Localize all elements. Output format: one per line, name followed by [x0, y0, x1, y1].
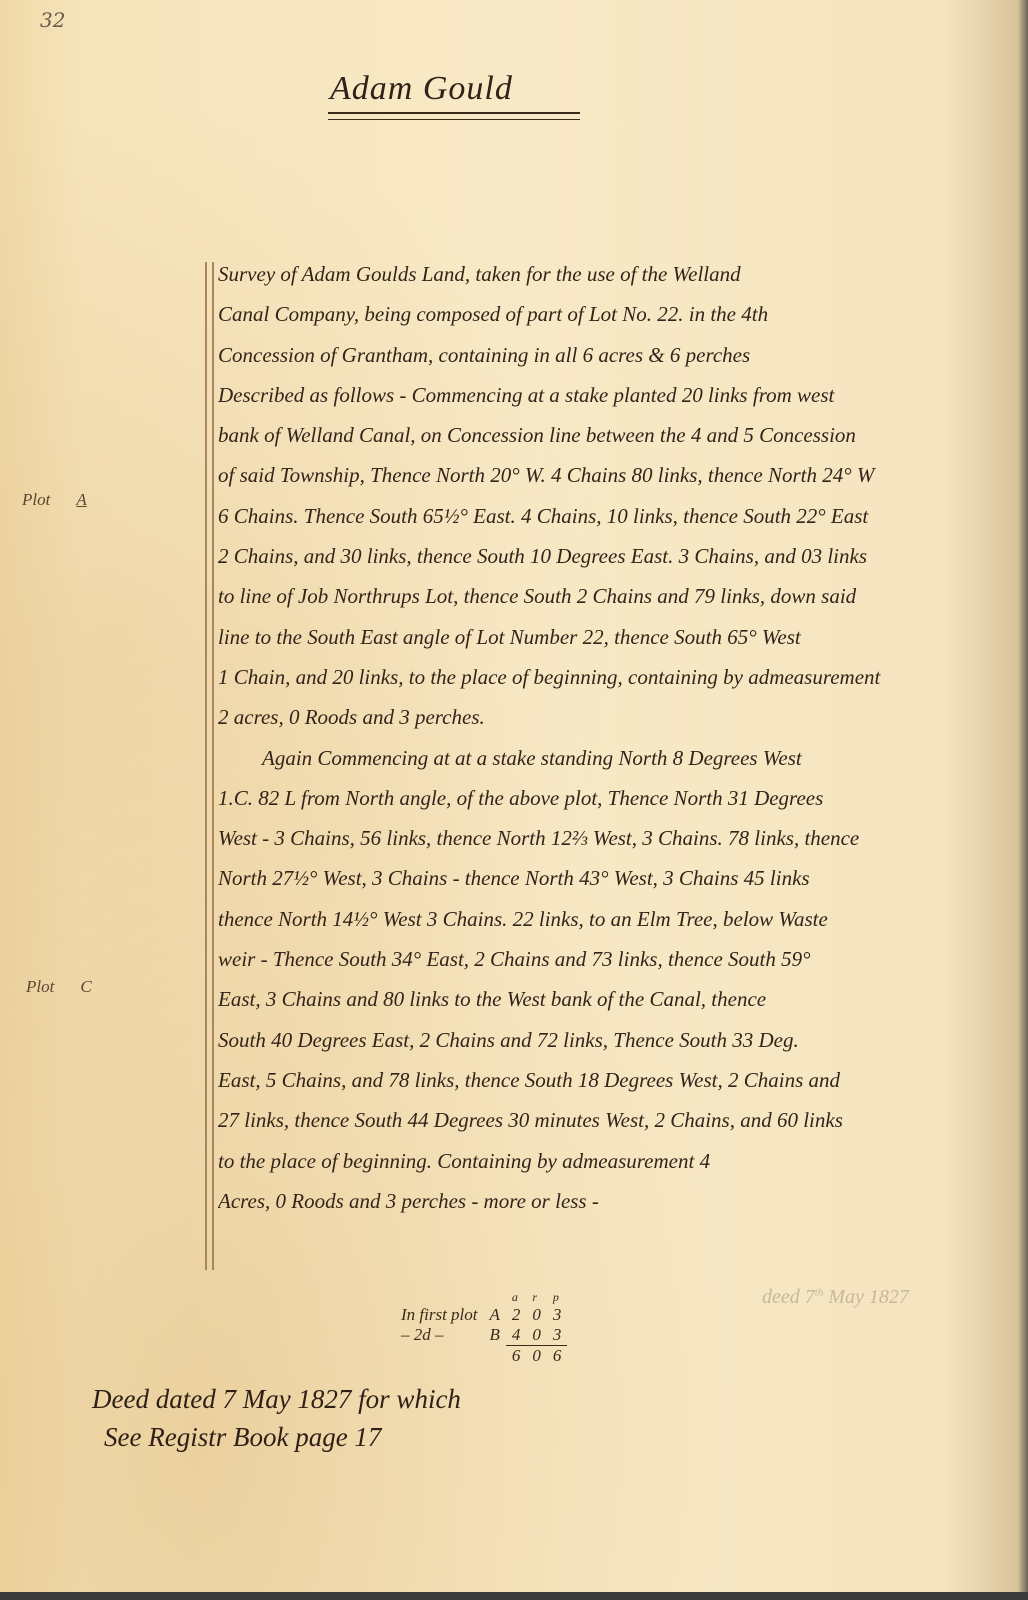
survey-description: Survey of Adam Goulds Land, taken for th…	[218, 254, 1008, 1221]
row-label: – 2d –	[395, 1325, 484, 1346]
page-title: Adam Gould	[330, 70, 513, 108]
header-acres: a	[506, 1290, 527, 1305]
text-line: to the place of beginning. Containing by…	[218, 1141, 1008, 1181]
margin-label-plot-a: PlotA	[22, 490, 87, 510]
margin-label-plot-c: PlotC	[26, 977, 92, 997]
deed-note-line-1: Deed dated 7 May 1827 for which	[92, 1380, 461, 1418]
title-double-underline	[328, 112, 580, 120]
row-plot: B	[484, 1325, 506, 1346]
row-perches: 3	[547, 1325, 568, 1346]
faint-deed-date-note: deed 7th May 1827	[762, 1286, 909, 1309]
total-roods: 0	[526, 1346, 547, 1367]
acreage-total-row: 6 0 6	[395, 1346, 567, 1367]
text-line: Canal Company, being composed of part of…	[218, 294, 1008, 334]
text-line: Concession of Grantham, containing in al…	[218, 335, 1008, 375]
text-line: 1 Chain, and 20 links, to the place of b…	[218, 657, 1008, 697]
text-line: 6 Chains. Thence South 65½° East. 4 Chai…	[218, 496, 1008, 536]
text-line: 27 links, thence South 44 Degrees 30 min…	[218, 1100, 1008, 1140]
deed-note-line-2: See Registr Book page 17	[92, 1418, 461, 1456]
row-roods: 0	[526, 1325, 547, 1346]
row-plot: A	[484, 1305, 506, 1325]
text-line: to line of Job Northrups Lot, thence Sou…	[218, 576, 1008, 616]
margin-double-rule	[205, 262, 214, 1270]
faint-note-prefix: deed 7	[762, 1286, 815, 1308]
text-line: 1.C. 82 L from North angle, of the above…	[218, 778, 1008, 818]
acreage-table: a r p In first plot A 2 0 3 – 2d – B 4 0…	[395, 1290, 567, 1366]
row-acres: 4	[506, 1325, 527, 1346]
text-line: 2 Chains, and 30 links, thence South 10 …	[218, 536, 1008, 576]
text-line: of said Township, Thence North 20° W. 4 …	[218, 455, 1008, 495]
text-line: East, 5 Chains, and 78 links, thence Sou…	[218, 1060, 1008, 1100]
text-line: East, 3 Chains and 80 links to the West …	[218, 979, 1008, 1019]
text-line: Acres, 0 Roods and 3 perches - more or l…	[218, 1181, 1008, 1221]
text-line: West - 3 Chains, 56 links, thence North …	[218, 818, 1008, 858]
deed-reference-note: Deed dated 7 May 1827 for which See Regi…	[92, 1380, 461, 1456]
plot-a-letter: A	[76, 490, 86, 509]
row-roods: 0	[526, 1305, 547, 1325]
manuscript-page: 32 Adam Gould PlotA PlotC Survey of Adam…	[0, 0, 1028, 1592]
row-acres: 2	[506, 1305, 527, 1325]
text-line: South 40 Degrees East, 2 Chains and 72 l…	[218, 1020, 1008, 1060]
page-number: 32	[40, 8, 65, 32]
text-line: Again Commencing at at a stake standing …	[218, 738, 1008, 778]
text-line: Survey of Adam Goulds Land, taken for th…	[218, 254, 1008, 294]
faint-note-suffix: May 1827	[828, 1286, 909, 1308]
text-line: bank of Welland Canal, on Concession lin…	[218, 415, 1008, 455]
acreage-header-row: a r p	[395, 1290, 567, 1305]
text-line: weir - Thence South 34° East, 2 Chains a…	[218, 939, 1008, 979]
acreage-row: In first plot A 2 0 3	[395, 1305, 567, 1325]
acreage-row: – 2d – B 4 0 3	[395, 1325, 567, 1346]
text-line: North 27½° West, 3 Chains - thence North…	[218, 858, 1008, 898]
header-roods: r	[526, 1290, 547, 1305]
row-label: In first plot	[395, 1305, 484, 1325]
plot-c-prefix: Plot	[26, 977, 54, 996]
header-perches: p	[547, 1290, 568, 1305]
text-line: 2 acres, 0 Roods and 3 perches.	[218, 697, 1008, 737]
total-acres: 6	[506, 1346, 527, 1367]
faint-note-sup: th	[815, 1286, 824, 1298]
acreage-summary: a r p In first plot A 2 0 3 – 2d – B 4 0…	[395, 1290, 567, 1366]
text-line: Described as follows - Commencing at a s…	[218, 375, 1008, 415]
row-perches: 3	[547, 1305, 568, 1325]
text-line: thence North 14½° West 3 Chains. 22 link…	[218, 899, 1008, 939]
text-line: line to the South East angle of Lot Numb…	[218, 617, 1008, 657]
plot-a-prefix: Plot	[22, 490, 50, 509]
plot-c-letter: C	[80, 977, 91, 996]
total-perches: 6	[547, 1346, 568, 1367]
